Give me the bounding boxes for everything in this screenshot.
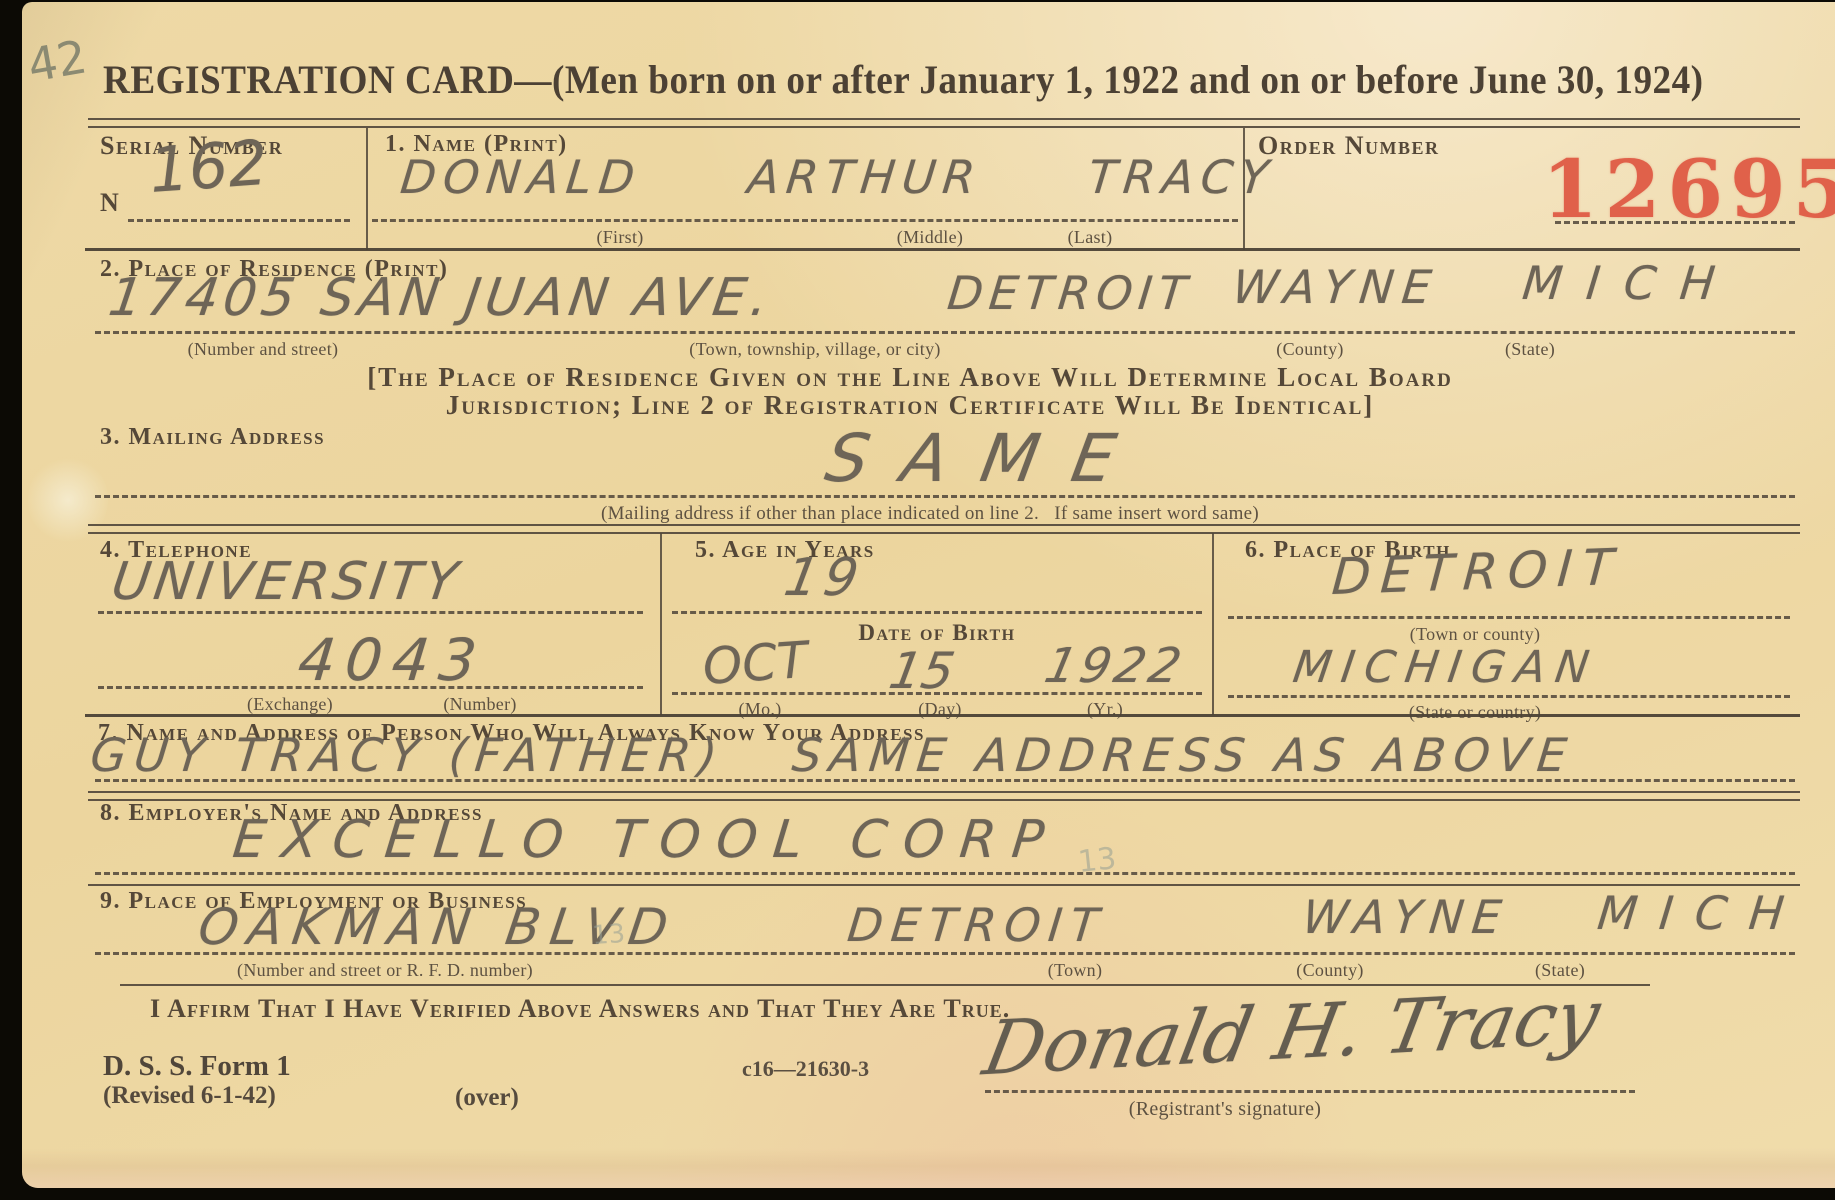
residence-sub-city: (Town, township, village, or city) (580, 339, 1050, 360)
affirmation-text: I Affirm That I Have Verified Above Answ… (150, 994, 1010, 1024)
mailing-label: 3. Mailing Address (100, 424, 325, 451)
name-write-line (372, 219, 1238, 222)
form-number: D. S. S. Form 1 (103, 1050, 291, 1083)
residence-street-value: 17405 SAN JUAN AVE. (105, 268, 777, 328)
birth-sub-state: (State or country) (1355, 702, 1595, 723)
employment-sub-county: (County) (1270, 960, 1390, 981)
divider-telephone-age (660, 533, 662, 715)
telephone-sub-exchange: (Exchange) (215, 694, 365, 715)
name-sub-middle: (Middle) (860, 227, 1000, 248)
name-sub-first: (First) (555, 227, 685, 248)
faint-mark-a: 13 (1076, 841, 1118, 880)
employment-town-value: DETROIT (845, 898, 1109, 952)
employment-state-value: MICH (1595, 886, 1809, 940)
divider-age-birth (1212, 533, 1214, 715)
card-title: REGISTRATION CARD—(Men born on or after … (103, 56, 1704, 103)
name-sub-last: (Last) (1025, 227, 1155, 248)
residence-state-value: MICH (1520, 256, 1742, 310)
row1-bottom-rule (85, 248, 1800, 251)
serial-write-line (128, 219, 350, 222)
residence-city-value: DETROIT (945, 266, 1195, 320)
employment-sub-street: (Number and street or R. F. D. number) (185, 960, 585, 981)
contact-write-line (95, 779, 1795, 782)
birth-town-line (1228, 616, 1790, 619)
dob-write-line (672, 692, 1202, 695)
serial-prefix: N (100, 188, 119, 218)
divider-serial-name (366, 128, 368, 250)
faint-mark-b: 13 (591, 919, 626, 951)
residence-sub-street: (Number and street) (158, 339, 368, 360)
mailing-write-line (95, 495, 1795, 498)
birth-town-value: DETROIT (1330, 538, 1625, 606)
birth-state-line (1228, 695, 1790, 698)
signature-sub: (Registrant's signature) (1075, 1098, 1375, 1121)
residence-write-line (95, 331, 1795, 334)
signature-line (985, 1090, 1635, 1093)
employer-write-line (95, 872, 1795, 875)
row456-bottom-rule (85, 714, 1800, 717)
residence-sub-state: (State) (1465, 339, 1595, 360)
employment-county-value: WAYNE (1300, 890, 1512, 944)
telephone-number-line (98, 686, 643, 689)
notice-line2: Jurisdiction; Line 2 of Registration Cer… (60, 390, 1760, 421)
over-note: (over) (455, 1084, 519, 1112)
telephone-sub-number: (Number) (410, 694, 550, 715)
employment-sub-town: (Town) (1015, 960, 1135, 981)
order-number-label: Order Number (1258, 131, 1440, 161)
order-write-line (1555, 221, 1795, 224)
employer-value: EXCELLO TOOL CORP (230, 810, 1063, 870)
row8-bottom-rule (88, 884, 1800, 886)
residence-county-value: WAYNE (1230, 260, 1442, 314)
serial-number-value: 162 (147, 126, 270, 207)
print-code: c16—21630-3 (742, 1056, 869, 1082)
telephone-number-value: 4043 (295, 626, 490, 694)
telephone-exchange-line (98, 611, 643, 614)
telephone-exchange-value: UNIVERSITY (108, 552, 465, 612)
dob-month-value: OCT (701, 631, 810, 696)
age-value: 19 (780, 548, 869, 608)
birth-state-value: MICHIGAN (1290, 642, 1602, 693)
employment-write-line (95, 952, 1795, 955)
contact-value: GUY TRACY (FATHER) SAME ADDRESS AS ABOVE (88, 728, 1577, 782)
name-value: DONALD ARTHUR TRACY (398, 150, 1278, 204)
scanned-registration-card: { "scan": { "corner_mark": "42", "faint_… (0, 0, 1835, 1200)
mailing-sub: (Mailing address if other than place ind… (530, 503, 1330, 525)
mailing-value: SAME (820, 420, 1155, 497)
pencil-corner-mark: 42 (24, 29, 91, 92)
form-revision: (Revised 6-1-42) (103, 1082, 276, 1110)
title-double-rule (88, 118, 1800, 128)
dob-year-value: 1922 (1040, 638, 1190, 694)
residence-sub-county: (County) (1245, 339, 1375, 360)
age-write-line (672, 611, 1202, 614)
mailing-bottom-rule (88, 524, 1800, 534)
notice-line1: [The Place of Residence Given on the Lin… (60, 362, 1760, 393)
